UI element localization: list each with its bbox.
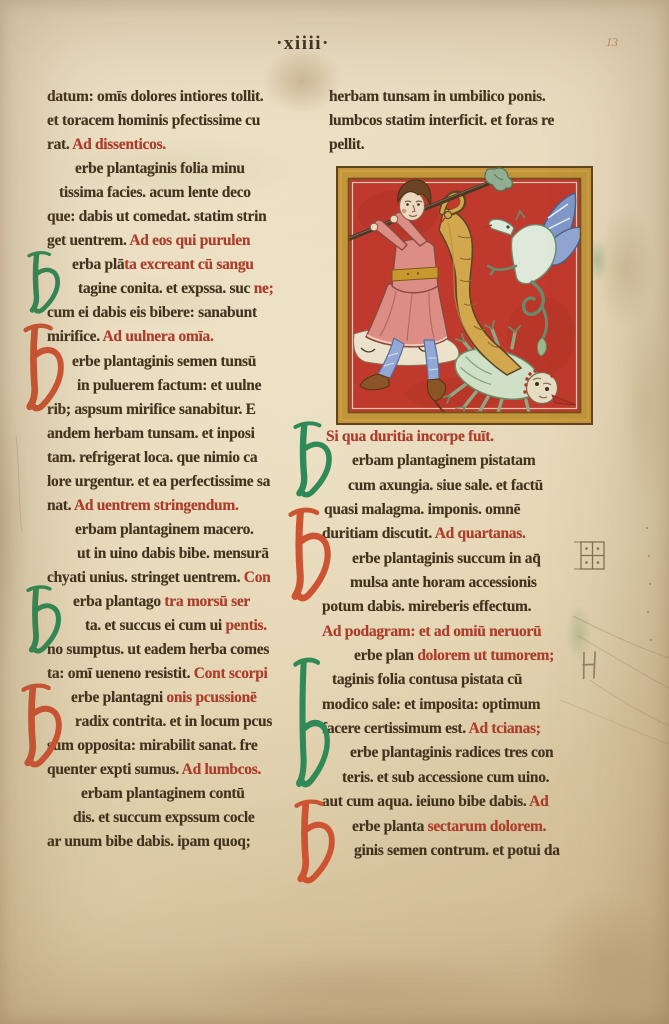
stain-mark — [538, 890, 669, 1024]
text-segment: rib; aspsum mirifice sanabitur. E — [47, 401, 256, 418]
text-segment: tra morsū ser — [164, 593, 250, 610]
text-line: mulsa ante horam accessionis — [322, 571, 604, 595]
text-segment: erbe plantagni — [71, 689, 166, 706]
text-segment: duritiam discutit. — [322, 525, 435, 542]
text-segment: Ad uentrem stringendum. — [74, 497, 239, 514]
text-line: datum: omīs dolores intiores tollit. — [47, 85, 325, 109]
text-segment: tagine conita. et expssa. suc — [78, 280, 254, 297]
text-line: tagine conita. et expssa. suc ne; — [47, 277, 325, 301]
text-segment: ginis semen contrum. et potui da — [354, 842, 560, 859]
text-line: tissima facies. acum lente deco — [47, 181, 325, 205]
text-segment: erbe plan — [354, 647, 417, 664]
text-segment: ar unum bibe dabis. ipam quoq; — [47, 833, 251, 850]
text-line: erbe plantagni onis pcussionē — [47, 686, 325, 710]
text-segment: pentis. — [225, 617, 266, 634]
text-line: aut cum aqua. ieiuno bibe dabis. Ad — [322, 790, 604, 814]
text-segment: in puluerem factum: et uulne — [77, 377, 261, 394]
text-line: lumbcos statim interficit. et foras re — [329, 109, 601, 133]
text-segment: tissima facies. acum lente deco — [59, 184, 251, 201]
text-line: radix contrita. et in locum pcus — [47, 710, 325, 734]
text-segment: facere certissimum est. — [322, 720, 469, 737]
text-line: andem herbam tunsam. et inposi — [47, 422, 325, 446]
text-segment: ta: omī ueneno resistit. — [47, 665, 194, 682]
text-segment: radix contrita. et in locum pcus — [75, 713, 272, 730]
text-segment: erbe plantaginis succum in aq̄ — [352, 550, 541, 567]
text-line: erbam plantaginem contū — [47, 782, 325, 806]
text-segment: Ad uulnera omīa. — [103, 328, 214, 345]
text-segment: erbam plantaginem macero. — [75, 521, 254, 538]
text-line: potum dabis. mireberis effectum. — [322, 595, 604, 619]
text-line: ut in uino dabis bibe. mensurā — [47, 542, 325, 566]
text-line: ta. et succus ei cum ui pentis. — [47, 614, 325, 638]
text-segment: Ad tcianas; — [469, 720, 541, 737]
text-segment: tam. refrigerat loca. que nimio ca — [47, 449, 257, 466]
text-segment: ta excreant cū sangu — [124, 256, 253, 273]
text-line: herbam tunsam in umbilico ponis. — [329, 85, 601, 109]
text-segment: Si qua duritia incorpe fuīt. — [326, 428, 494, 445]
text-segment: ta. et succus ei cum ui — [85, 617, 225, 634]
text-segment: onis pcussionē — [166, 689, 256, 706]
text-segment: lumbcos statim interficit. et foras re — [329, 112, 554, 129]
text-segment: pellit. — [329, 136, 364, 153]
left-text-column: datum: omīs dolores intiores tollit.et t… — [47, 85, 325, 855]
text-segment: cum axungia. siue sale. et factū — [348, 477, 543, 494]
text-line: Si qua duritia incorpe fuīt. — [322, 425, 604, 449]
text-line: erba plantago tra morsū ser — [47, 590, 325, 614]
text-segment: sum opposita: mirabilit sanat. fre — [47, 737, 257, 754]
manuscript-page: ·xiiii· 13 datum: omīs dolores intiores … — [0, 0, 669, 1024]
text-segment: erbam plantaginem contū — [81, 785, 245, 802]
text-segment: modico sale: et imposita: optimum — [322, 696, 540, 713]
text-line: rib; aspsum mirifice sanabitur. E — [47, 398, 325, 422]
stain-mark — [620, 300, 669, 510]
text-segment: et toracem hominis pfectissime cu — [47, 112, 260, 129]
text-segment: que: dabis ut comedat. statim strin — [47, 208, 266, 225]
text-segment: teris. et sub accessione cum uino. — [342, 769, 549, 786]
text-segment: nat. — [47, 497, 74, 514]
text-segment: Ad podagram: et ad omiū neruorū — [322, 623, 541, 640]
folio-number: 13 — [605, 35, 618, 51]
text-segment: mulsa ante horam accessionis — [350, 574, 537, 591]
text-line: facere certissimum est. Ad tcianas; — [322, 717, 604, 741]
text-line: get uentrem. Ad eos qui purulen — [47, 229, 325, 253]
text-segment: Con — [244, 569, 271, 586]
text-line: et toracem hominis pfectissime cu — [47, 109, 325, 133]
text-segment: sectarum dolorem. — [428, 818, 547, 835]
text-segment: erbe plantaginis semen tunsū — [72, 353, 256, 370]
text-line: rat. Ad dissenticos. — [47, 133, 325, 157]
text-line: dis. et succum expssum cocle — [47, 806, 325, 830]
stain-mark — [178, 950, 518, 1024]
text-line: lore urgentur. et ea perfectissime sa — [47, 470, 325, 494]
text-line: duritiam discutit. Ad quartanas. — [322, 522, 604, 546]
text-line: erbam plantaginem pistatam — [322, 449, 604, 473]
text-line: cum axungia. siue sale. et factū — [322, 474, 604, 498]
text-segment: erba plantago — [73, 593, 164, 610]
right-text-column-upper: herbam tunsam in umbilico ponis.lumbcos … — [329, 85, 601, 157]
text-line: ta: omī ueneno resistit. Cont scorpi — [47, 662, 325, 686]
text-line: sum opposita: mirabilit sanat. fre — [47, 734, 325, 758]
text-line: Ad podagram: et ad omiū neruorū — [322, 620, 604, 644]
text-segment: Cont scorpi — [194, 665, 268, 682]
margin-dots — [646, 527, 652, 641]
text-line: erbe plan dolorem ut tumorem; — [322, 644, 604, 668]
text-line: nat. Ad uentrem stringendum. — [47, 494, 325, 518]
text-segment: erbe planta — [352, 818, 428, 835]
text-line: ar unum bibe dabis. ipam quoq; — [47, 830, 325, 854]
text-line: chyati unius. stringet uentrem. Con — [47, 566, 325, 590]
text-segment: Ad dissenticos. — [72, 136, 166, 153]
text-line: tam. refrigerat loca. que nimio ca — [47, 446, 325, 470]
text-segment: ne; — [254, 280, 274, 297]
chapter-numeral: ·xiiii· — [262, 33, 344, 55]
text-line: erbe planta sectarum dolorem. — [322, 815, 604, 839]
text-line: ginis semen contrum. et potui da — [322, 839, 604, 863]
text-segment: erbe plantaginis radices tres con — [350, 744, 553, 761]
text-segment: erba plā — [72, 256, 124, 273]
text-line: erbe plantaginis succum in aq̄ — [322, 547, 604, 571]
text-line: modico sale: et imposita: optimum — [322, 693, 604, 717]
text-segment: lore urgentur. et ea perfectissime sa — [47, 473, 270, 490]
text-line: teris. et sub accessione cum uino. — [322, 766, 604, 790]
right-text-column-lower: Si qua duritia incorpe fuīt.erbam planta… — [322, 425, 604, 863]
text-segment: taginis folia contusa pistata cū — [332, 671, 522, 688]
text-segment: Ad — [529, 793, 548, 810]
text-segment: Ad lumbcos. — [182, 761, 261, 778]
text-line: taginis folia contusa pistata cū — [322, 668, 604, 692]
text-segment: cum ei dabis eis bibere: sanabunt — [47, 304, 257, 321]
text-segment: erbe plantaginis folia minu — [75, 160, 245, 177]
text-line: erbe plantaginis radices tres con — [322, 741, 604, 765]
text-segment: erbam plantaginem pistatam — [352, 452, 535, 469]
text-segment: datum: omīs dolores intiores tollit. — [47, 88, 263, 105]
text-segment: rat. — [47, 136, 72, 153]
text-segment: dolorem ut tumorem; — [417, 647, 554, 664]
text-segment: quenter expti sumus. — [47, 761, 182, 778]
text-line: que: dabis ut comedat. statim strin — [47, 205, 325, 229]
text-line: no sumptus. ut eadem herba comes — [47, 638, 325, 662]
text-line: cum ei dabis eis bibere: sanabunt — [47, 301, 325, 325]
text-segment: aut cum aqua. ieiuno bibe dabis. — [322, 793, 529, 810]
text-segment: no sumptus. ut eadem herba comes — [47, 641, 269, 658]
text-segment: quasi malagma. imponis. omnē — [324, 501, 520, 518]
text-segment: get uentrem. — [47, 232, 129, 249]
text-line: quenter expti sumus. Ad lumbcos. — [47, 758, 325, 782]
text-line: mirifice. Ad uulnera omīa. — [47, 325, 325, 349]
text-segment: mirifice. — [47, 328, 103, 345]
text-segment: andem herbam tunsam. et inposi — [47, 425, 255, 442]
stain-mark — [596, 206, 656, 330]
text-segment: Ad quartanas. — [435, 525, 526, 542]
text-line: erbe plantaginis folia minu — [47, 157, 325, 181]
miniature-illustration — [336, 166, 593, 425]
text-segment: herbam tunsam in umbilico ponis. — [329, 88, 546, 105]
text-line: erbe plantaginis semen tunsū — [47, 350, 325, 374]
text-segment: potum dabis. mireberis effectum. — [322, 598, 531, 615]
text-line: in puluerem factum: et uulne — [47, 374, 325, 398]
text-segment: chyati unius. stringet uentrem. — [47, 569, 244, 586]
text-line: quasi malagma. imponis. omnē — [322, 498, 604, 522]
stain-mark — [0, 376, 32, 676]
text-segment: ut in uino dabis bibe. mensurā — [77, 545, 269, 562]
text-segment: Ad eos qui purulen — [129, 232, 250, 249]
text-line: erba plāta excreant cū sangu — [47, 253, 325, 277]
text-segment: dis. et succum expssum cocle — [73, 809, 254, 826]
text-line: erbam plantaginem macero. — [47, 518, 325, 542]
text-line: pellit. — [329, 133, 601, 157]
